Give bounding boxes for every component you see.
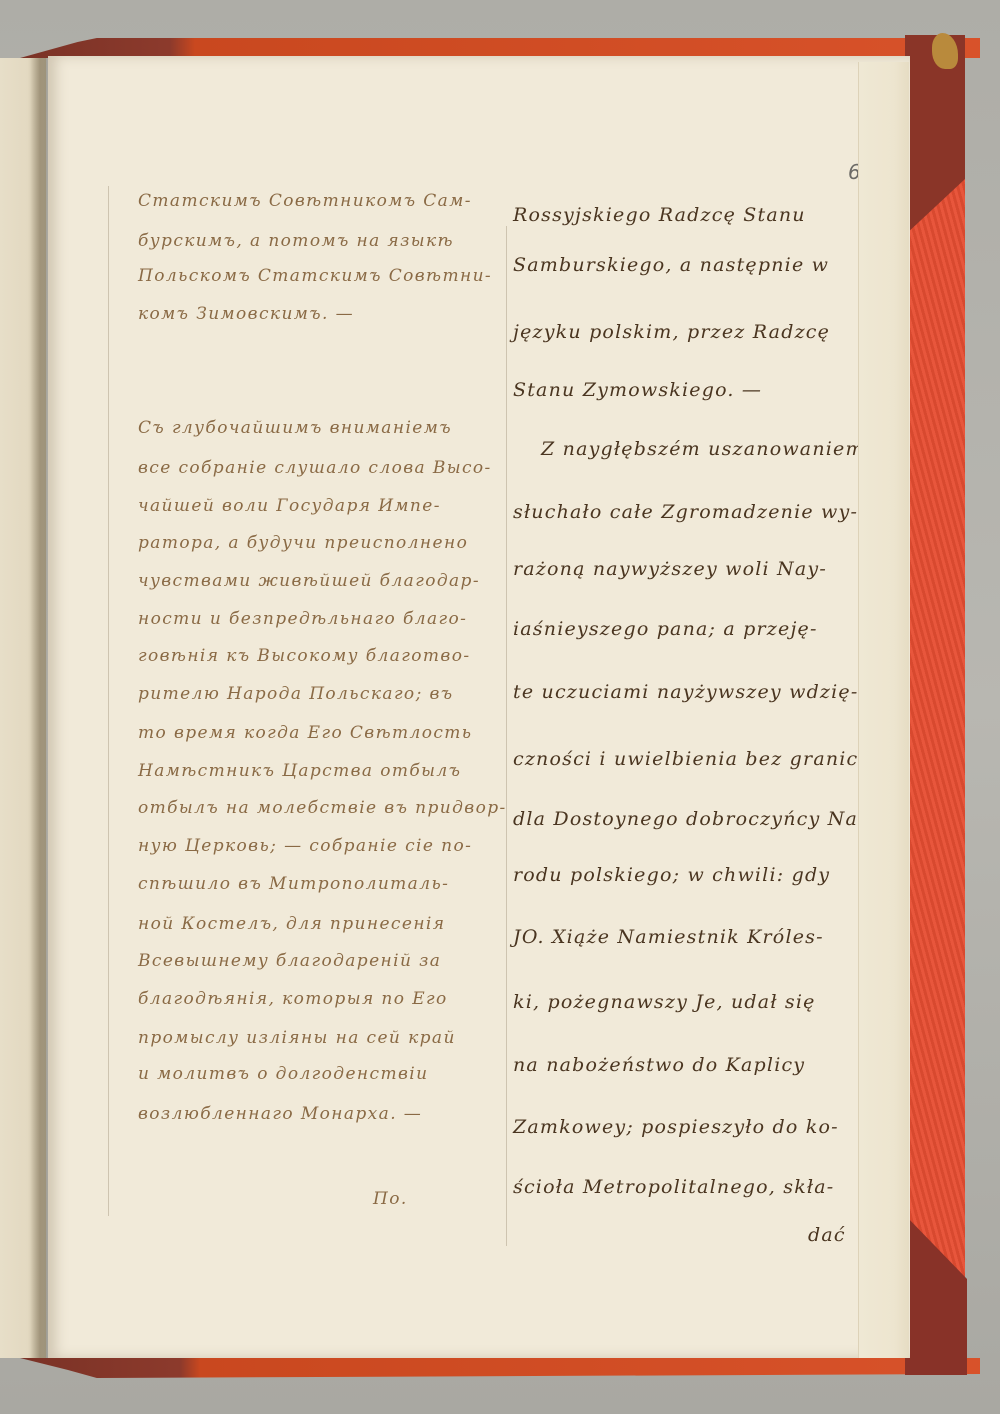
text-line: говѣнія къ Высокому благотво- — [138, 646, 471, 666]
text-line: JO. Xiąże Namiestnik Króles- — [513, 926, 824, 948]
text-line: спѣшило въ Митрополиталь- — [138, 874, 449, 894]
column-divider — [506, 226, 507, 1246]
page-stack-edge — [858, 62, 909, 1358]
text-line: iaśnieyszego pana; a przeję- — [513, 618, 818, 640]
text-line: czności i uwielbienia bez granic — [513, 748, 858, 770]
manuscript-page: 324 635 Статскимъ Совѣтникомъ Сам-бурски… — [48, 56, 910, 1358]
text-line: Samburskiego, a następnie w — [513, 254, 829, 276]
text-line: te uczuciami nayżywszey wdzię- — [513, 681, 858, 703]
text-line: słuchało całe Zgromadzenie wy- — [513, 501, 858, 523]
text-line: dla Dostoynego dobroczyńcy Na- — [513, 808, 866, 830]
text-line: Статскимъ Совѣтникомъ Сам- — [138, 191, 472, 211]
text-line: Польскомъ Статскимъ Совѣтни- — [138, 266, 492, 286]
text-line: рителю Народа Польскаго; въ — [138, 684, 454, 704]
text-line: na nabożeństwo do Kaplicy — [513, 1054, 805, 1076]
text-line: Rossyjskiego Radzcę Stanu — [513, 204, 806, 226]
text-line: rażoną naywyższey woli Nay- — [513, 558, 827, 580]
text-line: Z naygłębszém uszanowaniem — [541, 438, 865, 460]
text-line: По. — [373, 1189, 408, 1209]
text-line: то время когда Его Свѣтлость — [138, 723, 472, 743]
text-line: чайшей воли Государя Импе- — [138, 496, 441, 516]
text-line: благодѣянія, которыя по Его — [138, 989, 448, 1009]
text-line: чувствами живѣйшей благодар- — [138, 571, 480, 591]
text-line: возлюбленнаго Монарха. — — [138, 1104, 422, 1124]
text-line: Намѣстникъ Царства отбылъ — [138, 761, 461, 781]
text-line: ki, pożegnawszy Je, udał się — [513, 991, 816, 1013]
binding-red-cloth — [905, 35, 965, 1375]
text-line: rodu polskiego; w chwili: gdy — [513, 864, 830, 886]
text-line: ścioła Metropolitalnego, skła- — [513, 1176, 834, 1198]
text-line: отбылъ на молебствіе въ придвор- — [138, 798, 507, 818]
text-line: и молитвъ о долгоденствіи — [138, 1064, 428, 1084]
text-line: Stanu Zymowskiego. — — [513, 379, 762, 401]
text-line: Zamkowey; pospieszyło do ko- — [513, 1116, 839, 1138]
text-line: Съ глубочайшимъ вниманіемъ — [138, 418, 452, 438]
margin-rule — [108, 186, 109, 1216]
text-line: все собраніе слушало слова Высо- — [138, 458, 492, 478]
text-line: dać — [808, 1224, 846, 1246]
text-line: комъ Зимовскимъ. — — [138, 304, 354, 324]
text-line: Всевышнему благодареній за — [138, 951, 441, 971]
text-line: ратора, а будучи преисполнено — [138, 533, 468, 553]
text-line: ности и безпредѣльнаго благо- — [138, 609, 467, 629]
book-cover-top-edge — [20, 38, 980, 58]
book-gutter — [30, 58, 50, 1358]
text-line: ную Церковь; — собраніе сіе по- — [138, 836, 472, 856]
text-line: ной Костелъ, для принесенія — [138, 914, 445, 934]
text-line: промыслу изліяны на сей край — [138, 1028, 456, 1048]
text-line: języku polskim, przez Radzcę — [513, 321, 830, 343]
text-line: бурскимъ, а потомъ на языкѣ — [138, 231, 454, 251]
